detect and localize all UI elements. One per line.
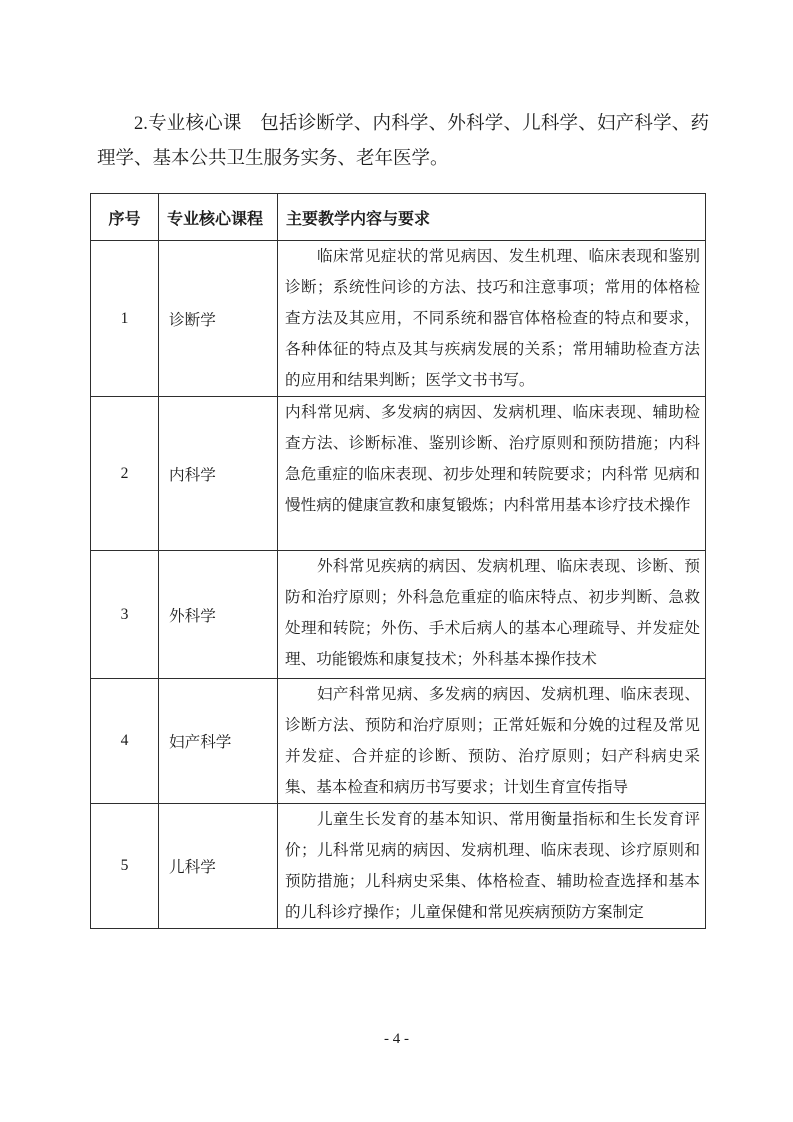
course-table: 序号 专业核心课程 主要教学内容与要求 1 诊断学 临床常见症状的常见病因、发生… (90, 193, 706, 929)
row-number: 5 (91, 804, 159, 929)
course-name: 诊断学 (159, 241, 278, 397)
table-header-row: 序号 专业核心课程 主要教学内容与要求 (91, 194, 706, 241)
course-content: 外科常见疾病的病因、发病机理、临床表现、诊断、预防和治疗原则；外科急危重症的临床… (278, 551, 706, 679)
row-number: 3 (91, 551, 159, 679)
row-number: 4 (91, 679, 159, 804)
row-number: 2 (91, 397, 159, 551)
document-page: 2.专业核心课 包括诊断学、内科学、外科学、儿科学、妇产科学、药理学、基本公共卫… (0, 0, 793, 1122)
course-content: 妇产科常见病、多发病的病因、发病机理、临床表现、诊断方法、预防和治疗原则；正常妊… (278, 679, 706, 804)
table-row: 3 外科学 外科常见疾病的病因、发病机理、临床表现、诊断、预防和治疗原则；外科急… (91, 551, 706, 679)
course-content: 儿童生长发育的基本知识、常用衡量指标和生长发育评价；儿科常见病的病因、发病机理、… (278, 804, 706, 929)
course-content: 临床常见症状的常见病因、发生机理、临床表现和鉴别诊断；系统性问诊的方法、技巧和注… (278, 241, 706, 397)
row-number: 1 (91, 241, 159, 397)
course-content: 内科常见病、多发病的病因、发病机理、临床表现、辅助检查方法、诊断标准、鉴别诊断、… (278, 397, 706, 551)
header-cell-no: 序号 (91, 194, 159, 241)
intro-paragraph: 2.专业核心课 包括诊断学、内科学、外科学、儿科学、妇产科学、药理学、基本公共卫… (97, 107, 709, 177)
table-row: 4 妇产科学 妇产科常见病、多发病的病因、发病机理、临床表现、诊断方法、预防和治… (91, 679, 706, 804)
course-name: 儿科学 (159, 804, 278, 929)
course-name: 妇产科学 (159, 679, 278, 804)
table-row: 1 诊断学 临床常见症状的常见病因、发生机理、临床表现和鉴别诊断；系统性问诊的方… (91, 241, 706, 397)
course-name: 内科学 (159, 397, 278, 551)
table-row: 2 内科学 内科常见病、多发病的病因、发病机理、临床表现、辅助检查方法、诊断标准… (91, 397, 706, 551)
header-cell-content: 主要教学内容与要求 (278, 194, 706, 241)
header-cell-course: 专业核心课程 (159, 194, 278, 241)
course-name: 外科学 (159, 551, 278, 679)
page-number: - 4 - (0, 1031, 793, 1048)
table-row: 5 儿科学 儿童生长发育的基本知识、常用衡量指标和生长发育评价；儿科常见病的病因… (91, 804, 706, 929)
